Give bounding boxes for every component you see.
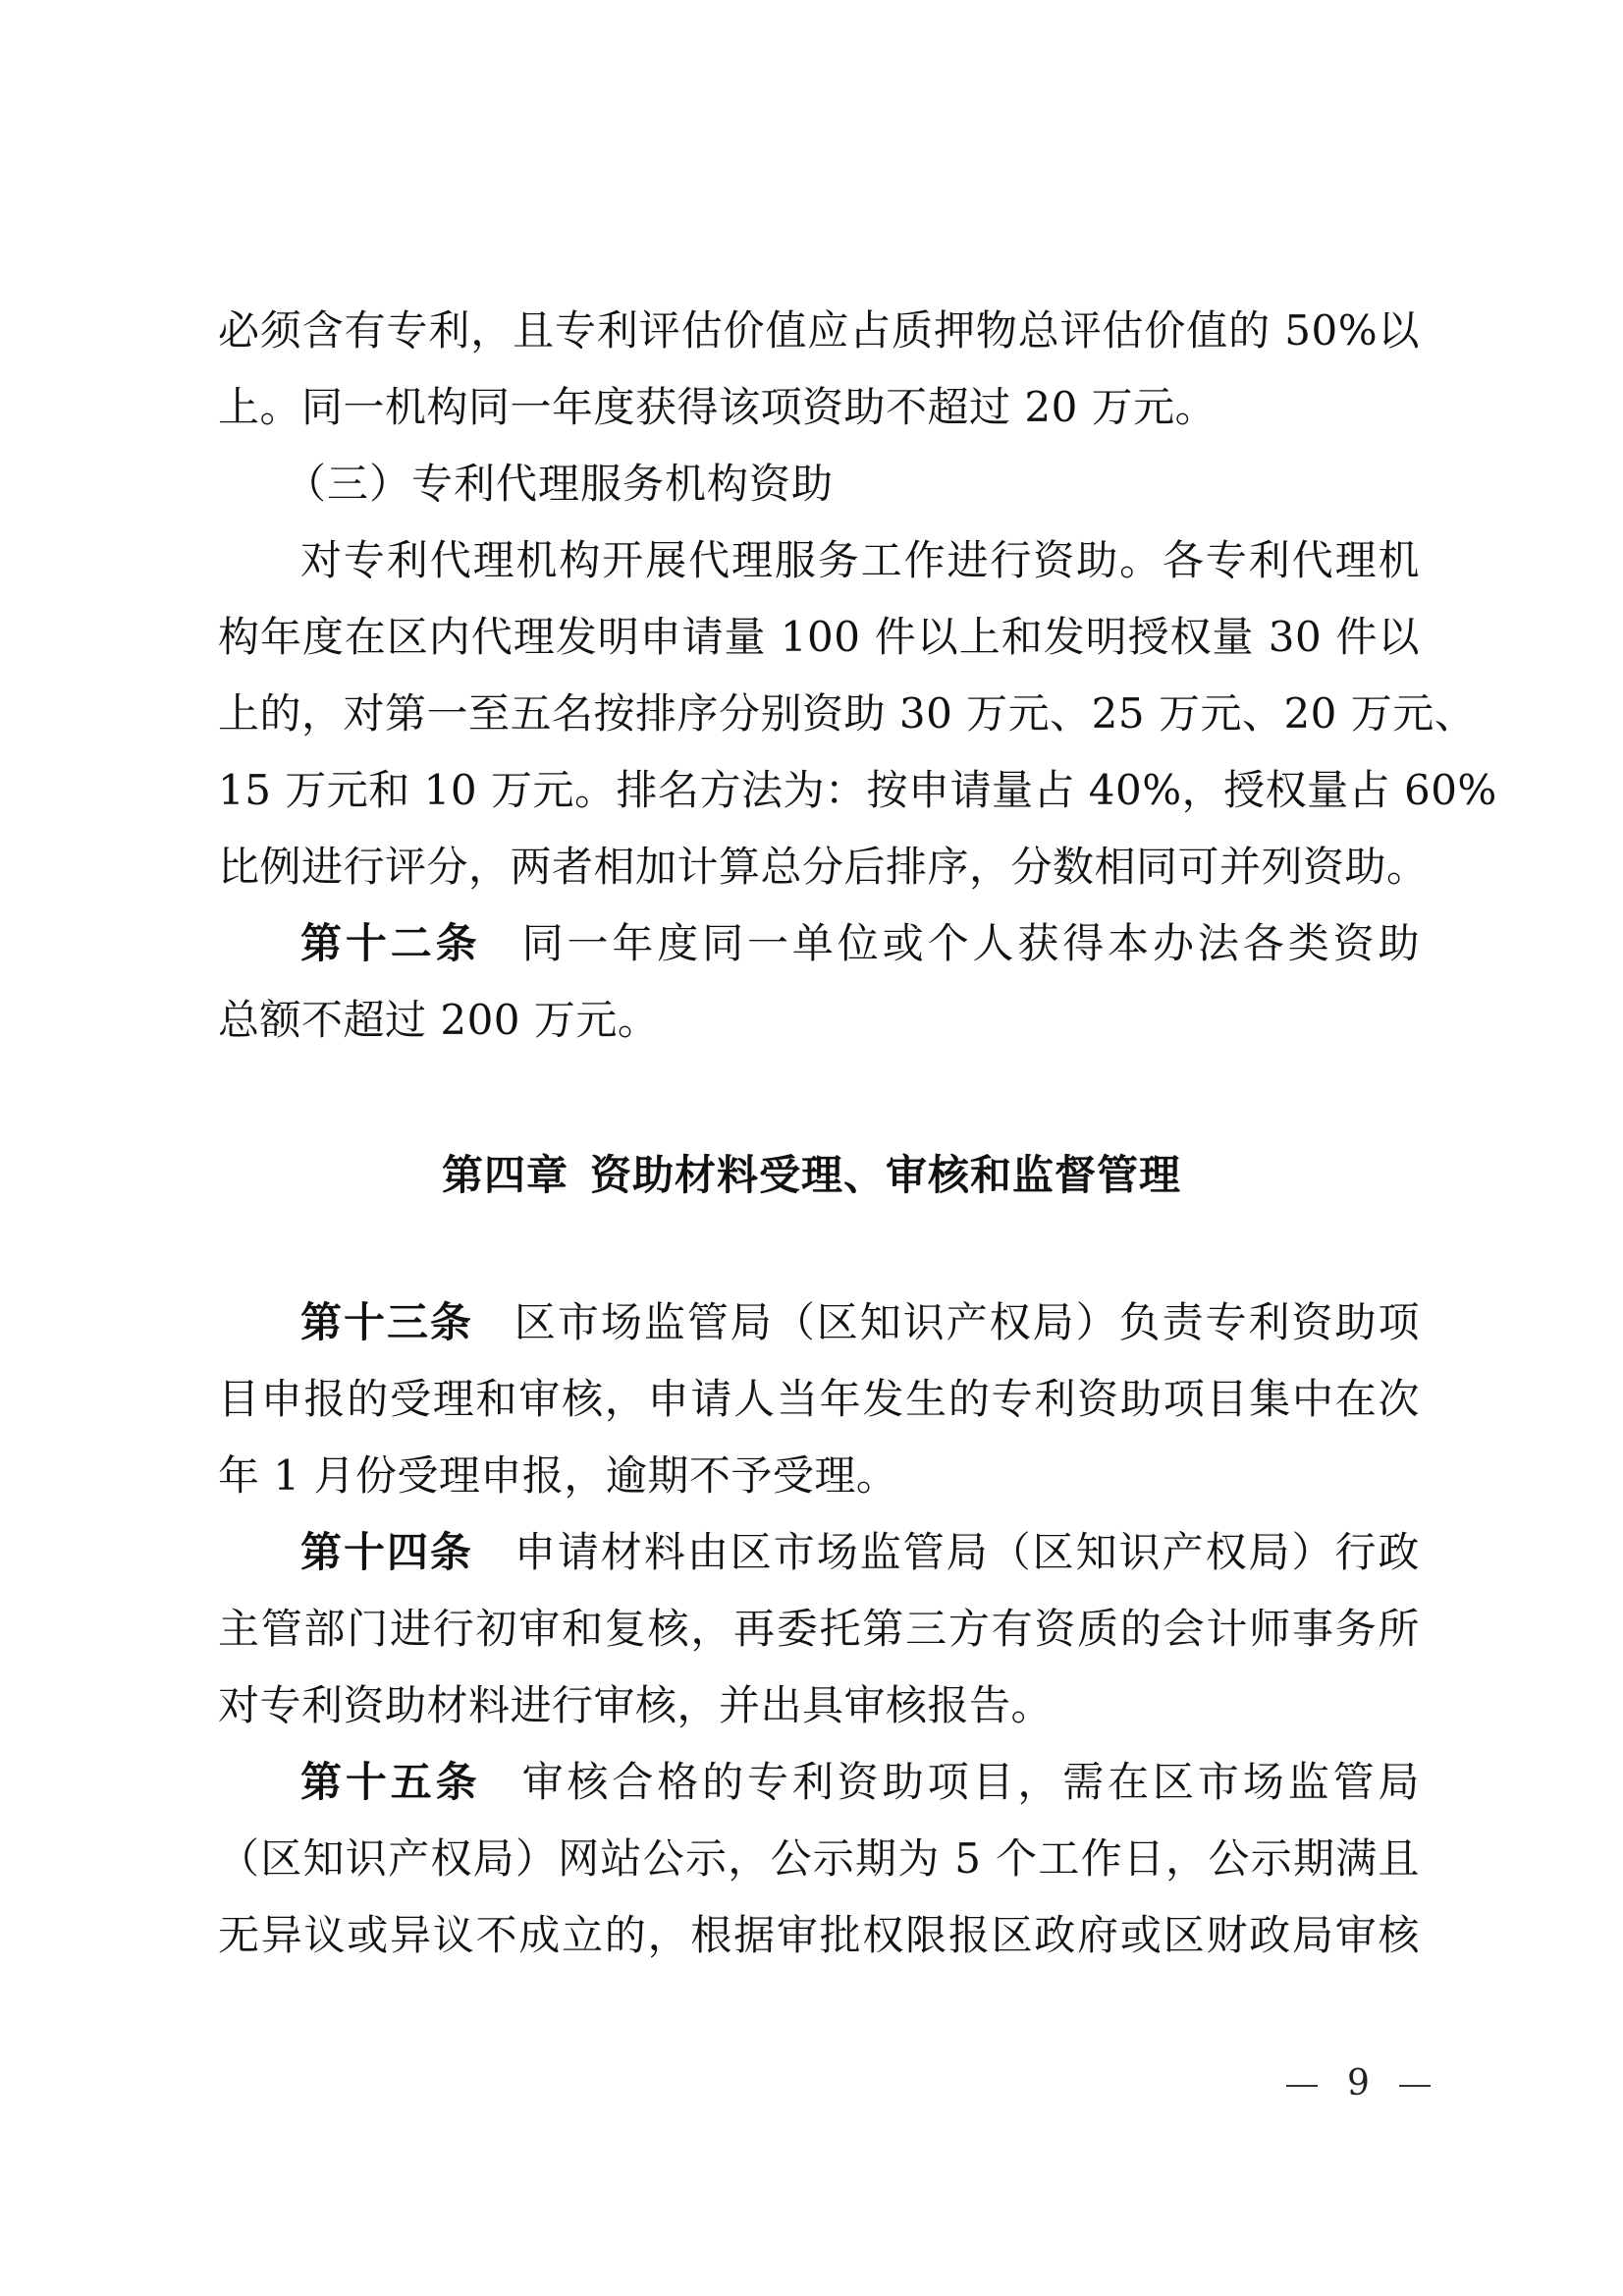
article-label: 第十三条 bbox=[300, 1298, 473, 1346]
dash-right-icon bbox=[1399, 2085, 1431, 2087]
chapter-title: 资助材料受理、审核和监督管理 bbox=[590, 1151, 1181, 1199]
paragraph-line: 年 1 月份受理申报，逾期不予受理。 bbox=[218, 1451, 1420, 1501]
article-text: 申请材料由区市场监管局（区知识产权局）行政 bbox=[514, 1528, 1420, 1576]
article-15-first-line: 第十五条审核合格的专利资助项目，需在区市场监管局 bbox=[300, 1758, 1420, 1807]
paragraph-line: 对专利资助材料进行审核，并出具审核报告。 bbox=[218, 1681, 1420, 1730]
paragraph-line: 目申报的受理和审核，申请人当年发生的专利资助项目集中在次 bbox=[218, 1375, 1420, 1424]
paragraph-line: 主管部门进行初审和复核，再委托第三方有资质的会计师事务所 bbox=[218, 1605, 1420, 1654]
paragraph-line: 必须含有专利，且专利评估价值应占质押物总评估价值的 50%以 bbox=[218, 306, 1420, 355]
paragraph-line: （区知识产权局）网站公示，公示期为 5 个工作日，公示期满且 bbox=[218, 1834, 1420, 1884]
chapter-heading: 第四章资助材料受理、审核和监督管理 bbox=[0, 1151, 1623, 1200]
article-label: 第十四条 bbox=[300, 1528, 473, 1576]
article-13-first-line: 第十三条区市场监管局（区知识产权局）负责专利资助项 bbox=[300, 1298, 1420, 1347]
article-14-first-line: 第十四条申请材料由区市场监管局（区知识产权局）行政 bbox=[300, 1528, 1420, 1577]
paragraph-line: 15 万元和 10 万元。排名方法为：按申请量占 40%，授权量占 60% bbox=[218, 766, 1420, 815]
paragraph-line: 总额不超过 200 万元。 bbox=[218, 996, 1420, 1045]
chapter-number: 第四章 bbox=[442, 1151, 568, 1199]
paragraph-line: 无异议或异议不成立的，根据审批权限报区政府或区财政局审核 bbox=[218, 1911, 1420, 1960]
paragraph-line: 构年度在区内代理发明申请量 100 件以上和发明授权量 30 件以 bbox=[218, 613, 1420, 662]
subsection-heading: （三）专利代理服务机构资助 bbox=[285, 460, 834, 509]
page-number: 9 bbox=[1286, 2062, 1431, 2105]
article-12-first-line: 第十二条同一年度同一单位或个人获得本办法各类资助 bbox=[300, 919, 1420, 968]
dash-left-icon bbox=[1286, 2085, 1318, 2087]
article-text: 区市场监管局（区知识产权局）负责专利资助项 bbox=[514, 1298, 1420, 1346]
article-text: 同一年度同一单位或个人获得本办法各类资助 bbox=[522, 919, 1420, 967]
paragraph-line: 上的，对第一至五名按排序分别资助 30 万元、25 万元、20 万元、 bbox=[218, 689, 1420, 738]
article-label: 第十二条 bbox=[300, 919, 481, 967]
paragraph-line: 对专利代理机构开展代理服务工作进行资助。各专利代理机 bbox=[300, 536, 1420, 585]
paragraph-line: 比例进行评分，两者相加计算总分后排序，分数相同可并列资助。 bbox=[218, 843, 1420, 892]
article-text: 审核合格的专利资助项目，需在区市场监管局 bbox=[522, 1758, 1420, 1806]
page-number-value: 9 bbox=[1347, 2062, 1370, 2105]
document-page: 必须含有专利，且专利评估价值应占质押物总评估价值的 50%以 上。同一机构同一年… bbox=[0, 0, 1623, 2296]
article-label: 第十五条 bbox=[300, 1758, 481, 1806]
paragraph-line: 上。同一机构同一年度获得该项资助不超过 20 万元。 bbox=[218, 383, 1420, 432]
